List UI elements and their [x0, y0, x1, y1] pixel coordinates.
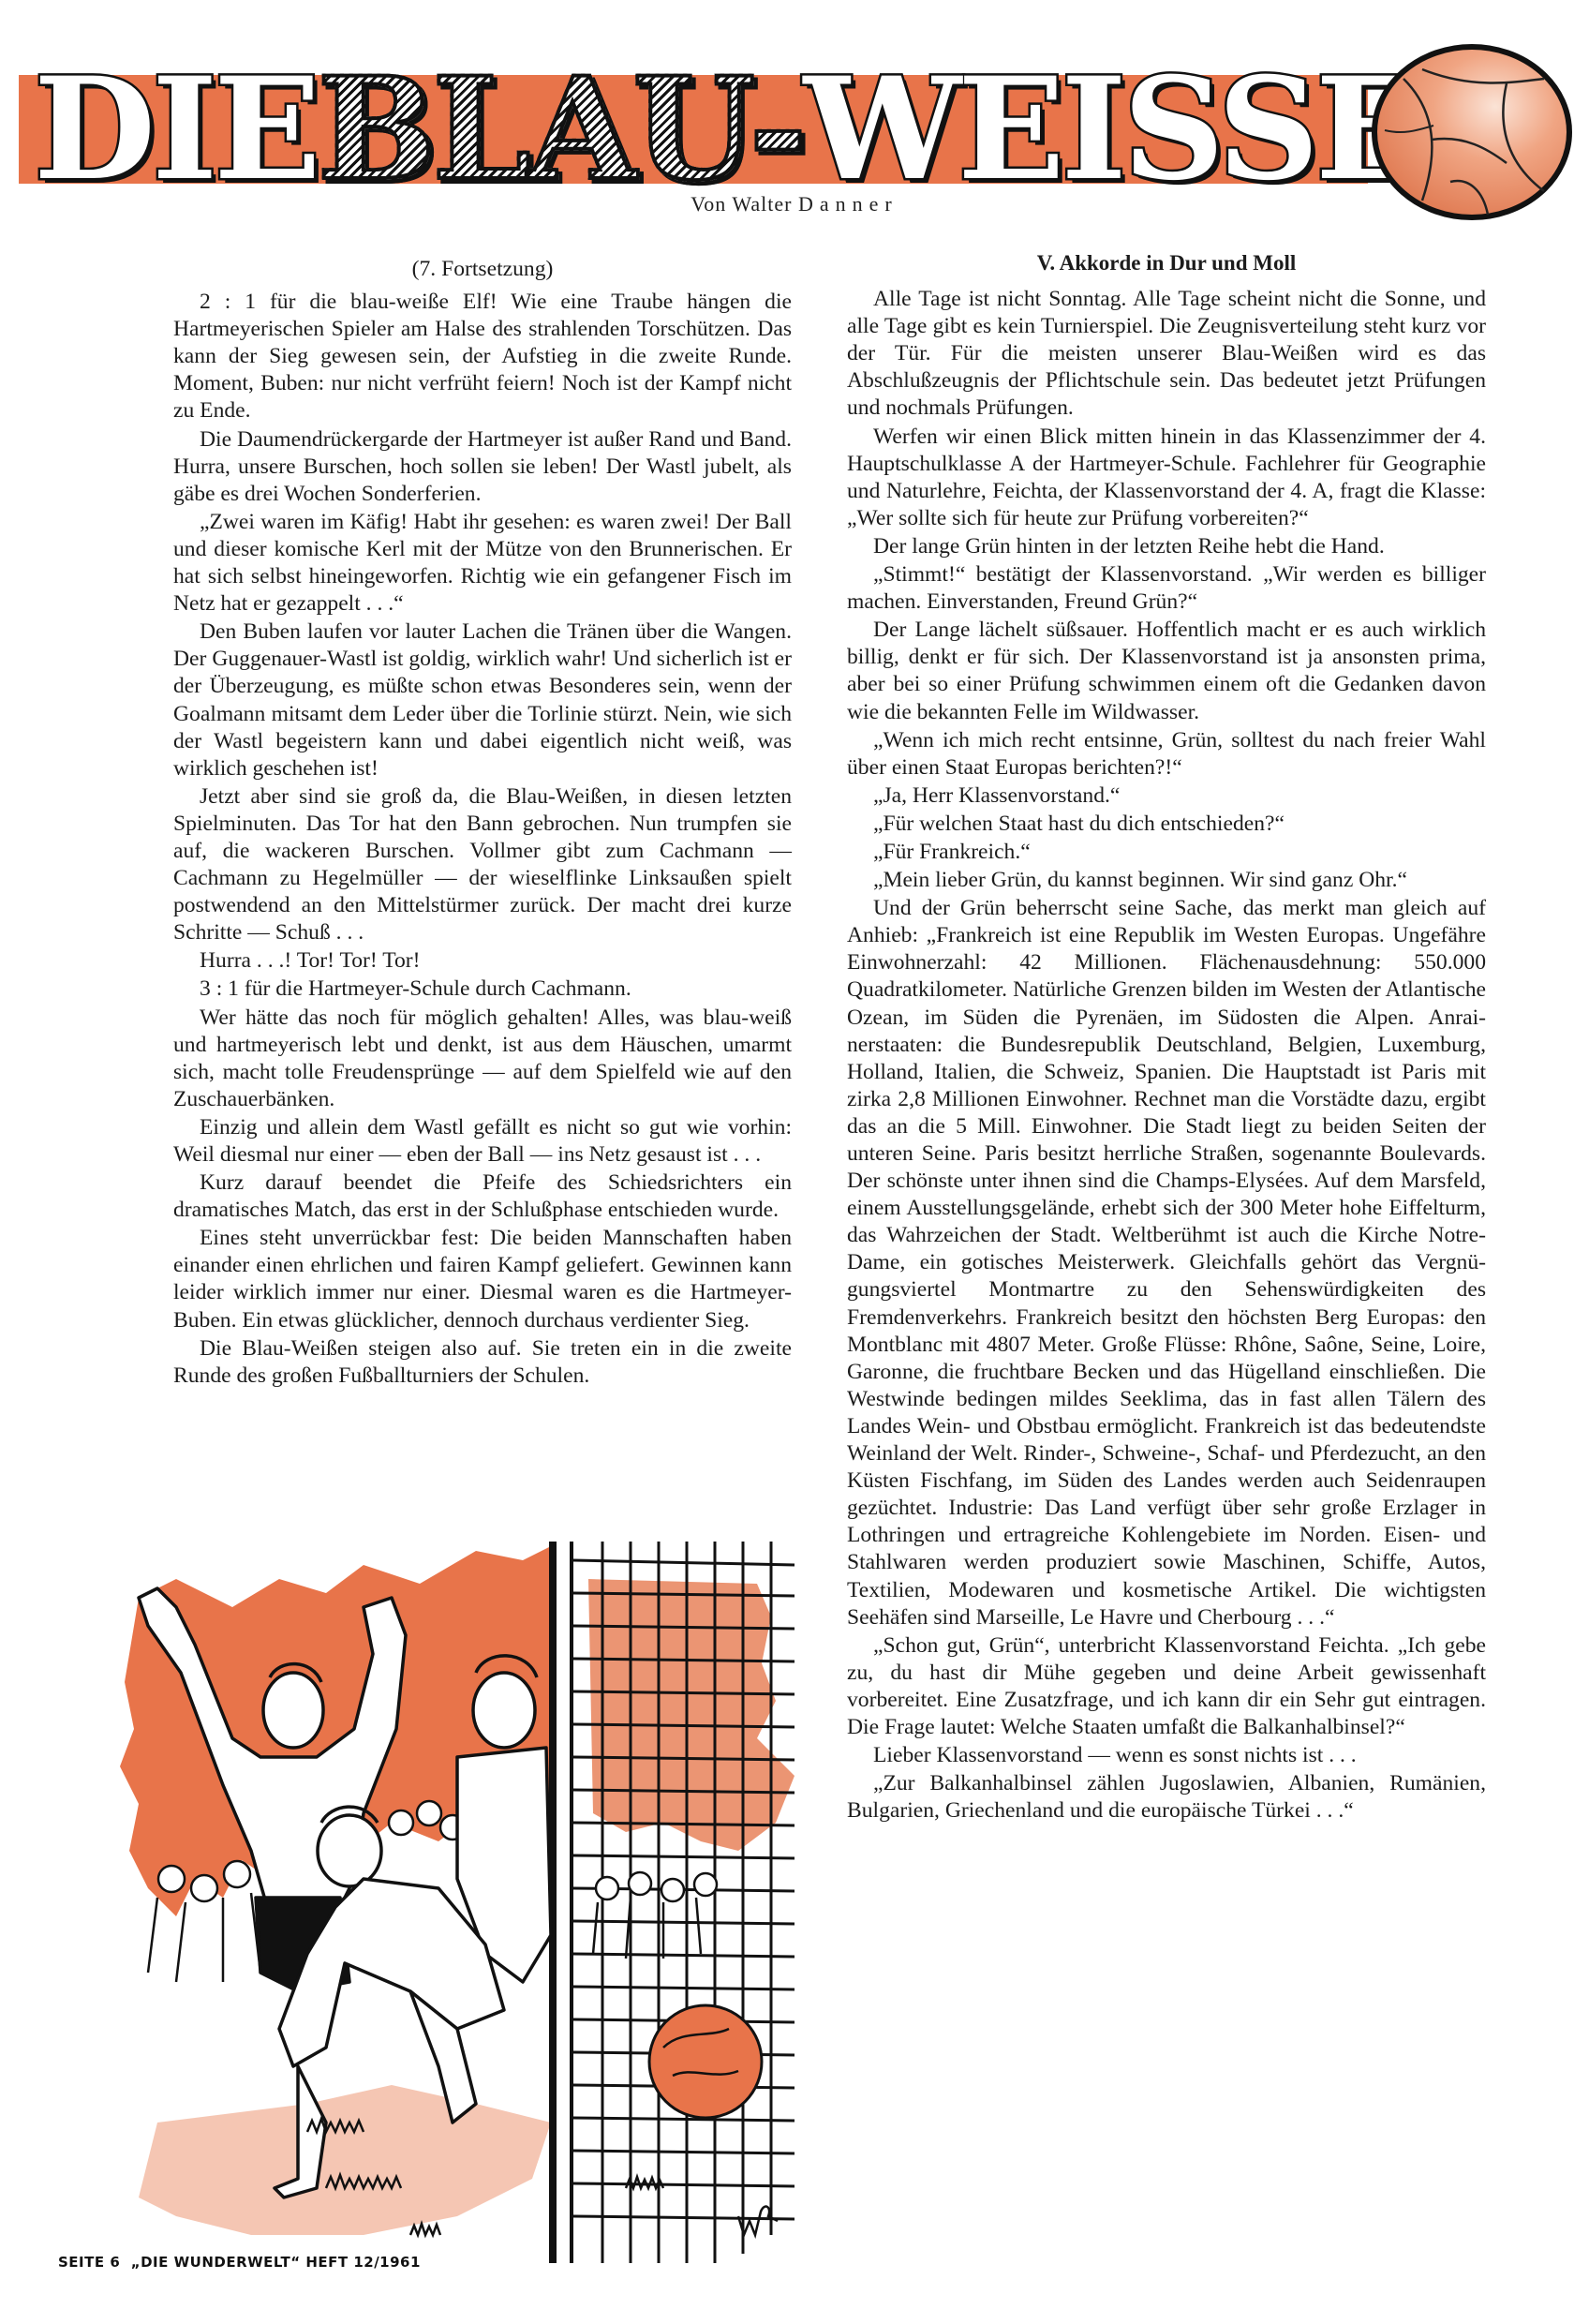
- crowd-right: [593, 1872, 717, 1959]
- left-column: (7. Fortsetzung) 2 : 1 für die blau-weiß…: [173, 256, 792, 1391]
- paragraph: Alle Tage ist nicht Sonntag. Alle Tage s…: [847, 286, 1486, 422]
- page-footer: SEITE 6 „DIE WUNDERWELT“ HEFT 12/1961: [58, 2254, 421, 2271]
- issue-number: HEFT 12/1961: [305, 2254, 421, 2271]
- paragraph: „Für welchen Staat hast du dich entschie…: [847, 811, 1486, 838]
- paragraph: Die Blau-Weißen steigen also auf. Sie tr…: [173, 1335, 792, 1390]
- title-word-blau: BLAU-: [318, 59, 804, 200]
- paragraph: „Mein lieber Grün, du kannst beginnen. W…: [847, 867, 1486, 894]
- paragraph: „Zur Balkanhalbinsel zählen Jugoslawien,…: [847, 1770, 1486, 1825]
- paragraph: Der Lange lächelt süßsauer. Hoffentlich …: [847, 617, 1486, 725]
- chapter-heading: V. Akkorde in Dur und Moll: [847, 249, 1486, 276]
- page-number: SEITE 6: [58, 2254, 120, 2271]
- orange-grass-wash: [139, 2085, 551, 2235]
- paragraph: „Für Frankreich.“: [847, 839, 1486, 866]
- paragraph: Den Buben laufen vor lauter Lachen die T…: [173, 618, 792, 782]
- right-column: V. Akkorde in Dur und Moll Alle Tage ist…: [847, 249, 1486, 1825]
- byline-prefix: Von Walter: [691, 192, 792, 216]
- paragraph: „Stimmt!“ bestätigt der Klassenvorstand.…: [847, 561, 1486, 616]
- paragraph: Und der Grün beherrscht seine Sache, das…: [847, 895, 1486, 1631]
- paragraph: Eines steht unverrückbar fest: Die beide…: [173, 1225, 792, 1333]
- paragraph: Die Daumendrückergarde der Hartmeyer ist…: [173, 426, 792, 508]
- paragraph: Hurra . . .! Tor! Tor! Tor!: [173, 947, 792, 975]
- paragraph: „Ja, Herr Klassenvorstand.“: [847, 782, 1486, 810]
- continuation-label: (7. Fortsetzung): [173, 256, 792, 283]
- paragraph: 3 : 1 für die Hartmeyer-Schule durch Cac…: [173, 976, 792, 1003]
- paragraph: Kurz darauf beendet die Pfeife des Schie…: [173, 1169, 792, 1224]
- paragraph: „Schon gut, Grün“, unterbricht Klassenvo…: [847, 1632, 1486, 1741]
- goal-post-inner: [570, 1542, 573, 2263]
- paragraph: „Wenn ich mich recht entsinne, Grün, sol…: [847, 727, 1486, 782]
- orange-sky-wash-right: [588, 1579, 794, 1851]
- paragraph: Wer hätte das noch für möglich gehalten!…: [173, 1005, 792, 1113]
- page-title: DIE BLAU- WEISSEN: [34, 54, 1364, 204]
- byline-author-name: Danner: [798, 192, 898, 216]
- paragraph: Der lange Grün hinten in der letzten Rei…: [847, 533, 1486, 560]
- paragraph: Einzig und allein dem Wastl gefällt es n…: [173, 1114, 792, 1169]
- title-banner: DIE BLAU- WEISSEN: [19, 26, 1574, 204]
- paragraph: Jetzt aber sind sie groß da, die Blau-We…: [173, 783, 792, 947]
- football-goal-illustration: [82, 1542, 813, 2263]
- byline: Von Walter Danner: [0, 192, 1589, 216]
- title-word-die: DIE: [34, 59, 318, 200]
- paragraph: Lieber Klassenvorstand — wenn es sonst n…: [847, 1742, 1486, 1769]
- paragraph: „Zwei waren im Käfig! Habt ihr gesehen: …: [173, 509, 792, 618]
- ball-in-net: [649, 2005, 762, 2118]
- paragraph: Werfen wir einen Blick mitten hinein in …: [847, 424, 1486, 532]
- magazine-name: „DIE WUNDERWELT“: [131, 2254, 301, 2271]
- paragraph: 2 : 1 für die blau-weiße Elf! Wie eine T…: [173, 289, 792, 425]
